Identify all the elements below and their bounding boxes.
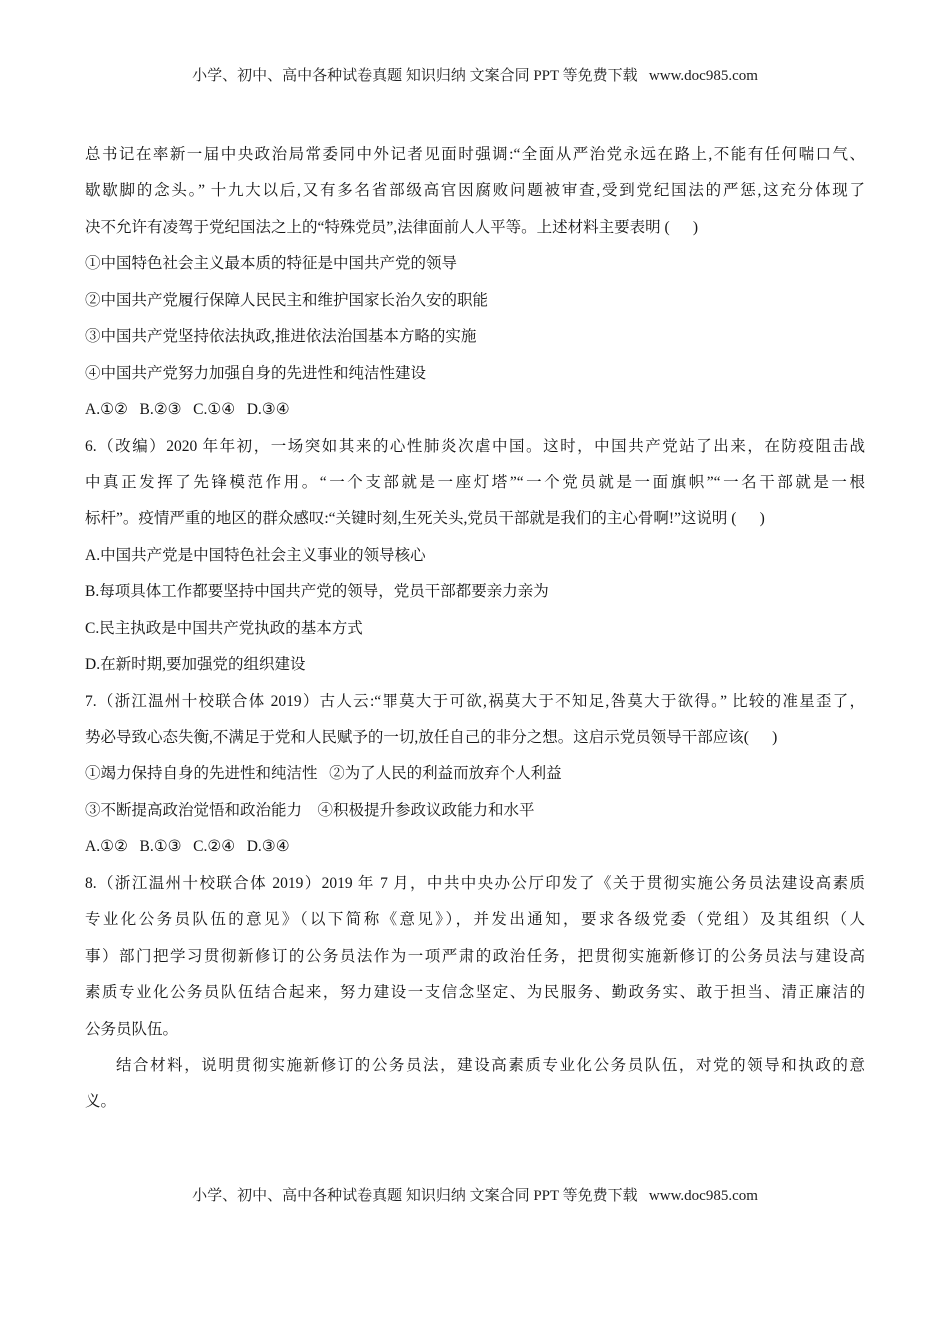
statement-item-3: ③中国共产党坚持依法执政,推进依法治国基本方略的实施	[85, 319, 865, 355]
statement-items-1-2: ①竭力保持自身的先进性和纯洁性 ②为了人民的利益而放弃个人利益	[85, 756, 865, 792]
statement-items-3-4: ③不断提高政治觉悟和政治能力 ④积极提升参政议政能力和水平	[85, 793, 865, 829]
page-header: 小学、初中、高中各种试卷真题 知识归纳 文案合同 PPT 等免费下载 www.d…	[0, 66, 950, 86]
option-a: A.中国共产党是中国特色社会主义事业的领导核心	[85, 538, 865, 574]
option-d: D.在新时期,要加强党的组织建设	[85, 647, 865, 683]
document-page: { "header": { "text": "小学、初中、高中各种试卷真题 知识…	[0, 0, 950, 1344]
question-stem-line: 标杆”。疫情严重的地区的群众感叹:“关键时刻,生死关头,党员干部就是我们的主心骨…	[85, 501, 865, 537]
question-stem-line: 专业化公务员队伍的意见》（以下简称《意见》），并发出通知，要求各级党委（党组）及…	[85, 902, 865, 938]
page-footer: 小学、初中、高中各种试卷真题 知识归纳 文案合同 PPT 等免费下载 www.d…	[0, 1186, 950, 1206]
question-stem-line: 事）部门把学习贯彻新修订的公务员法作为一项严肃的政治任务，把贯彻实施新修订的公务…	[85, 939, 865, 975]
text-line: 总书记在率新一届中央政治局常委同中外记者见面时强调:“全面从严治党永远在路上,不…	[85, 137, 865, 173]
statement-item-4: ④中国共产党努力加强自身的先进性和纯洁性建设	[85, 356, 865, 392]
question-8-block: 8.（浙江温州十校联合体 2019）2019 年 7 月，中共中央办公厅印发了《…	[85, 866, 865, 1121]
text-line: 歇歇脚的念头。” 十九大以后,又有多名省部级高官因腐败问题被审查,受到党纪国法的…	[85, 173, 865, 209]
question-stem-line: 6.（改编）2020 年年初，一场突如其来的心性肺炎次虐中国。这时，中国共产党站…	[85, 429, 865, 465]
question-stem-line: 素质专业化公务员队伍结合起来，努力建设一支信念坚定、为民服务、勤政务实、敢于担当…	[85, 975, 865, 1011]
document-body: 总书记在率新一届中央政治局常委同中外记者见面时强调:“全面从严治党永远在路上,不…	[85, 137, 865, 1121]
question-5-block: 总书记在率新一届中央政治局常委同中外记者见面时强调:“全面从严治党永远在路上,不…	[85, 137, 865, 429]
question-stem-line: 势必导致心态失衡,不满足于党和人民赋予的一切,放任自己的非分之想。这启示党员领导…	[85, 720, 865, 756]
task-prompt-line: 结合材料，说明贯彻实施新修订的公务员法，建设高素质专业化公务员队伍，对党的领导和…	[85, 1048, 865, 1084]
text-line: 决不允许有凌驾于党纪国法之上的“特殊党员”,法律面前人人平等。上述材料主要表明 …	[85, 210, 865, 246]
statement-item-1: ①中国特色社会主义最本质的特征是中国共产党的领导	[85, 246, 865, 282]
option-c: C.民主执政是中国共产党执政的基本方式	[85, 611, 865, 647]
answer-choices: A.①② B.①③ C.②④ D.③④	[85, 829, 865, 865]
task-prompt-line: 义。	[85, 1084, 865, 1120]
statement-item-2: ②中国共产党履行保障人民民主和维护国家长治久安的职能	[85, 283, 865, 319]
option-b: B.每项具体工作都要坚持中国共产党的领导，党员干部都要亲力亲为	[85, 574, 865, 610]
question-6-block: 6.（改编）2020 年年初，一场突如其来的心性肺炎次虐中国。这时，中国共产党站…	[85, 429, 865, 684]
question-stem-line: 中真正发挥了先锋模范作用。“一个支部就是一座灯塔”“一个党员就是一面旗帜”“一名…	[85, 465, 865, 501]
answer-choices: A.①② B.②③ C.①④ D.③④	[85, 392, 865, 428]
question-7-block: 7.（浙江温州十校联合体 2019）古人云:“罪莫大于可欲,祸莫大于不知足,咎莫…	[85, 684, 865, 866]
question-stem-line: 公务员队伍。	[85, 1012, 865, 1048]
question-stem-line: 7.（浙江温州十校联合体 2019）古人云:“罪莫大于可欲,祸莫大于不知足,咎莫…	[85, 684, 865, 720]
question-stem-line: 8.（浙江温州十校联合体 2019）2019 年 7 月，中共中央办公厅印发了《…	[85, 866, 865, 902]
